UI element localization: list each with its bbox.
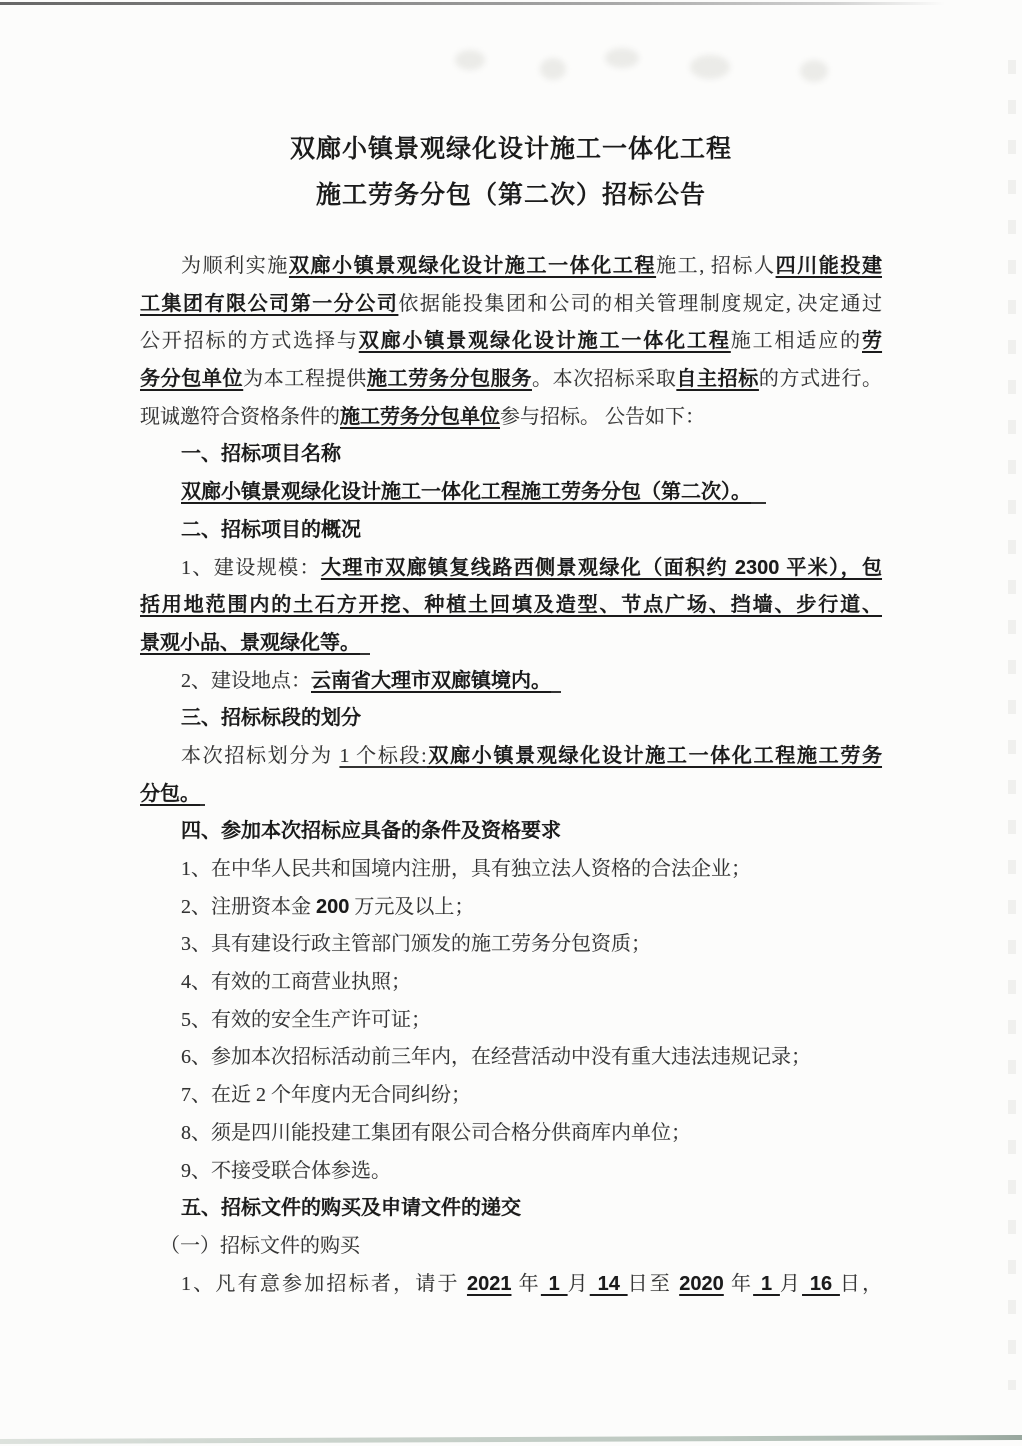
text-segment: 月 — [568, 1273, 590, 1295]
text-line: 为顺利实施双廊小镇景观绿化设计施工一体化工程施工, 招标人四川能投建 — [140, 248, 882, 286]
text-segment: 参与招标。 公告如下： — [500, 406, 705, 428]
text-line: 务分包单位为本工程提供施工劳务分包服务。本次招标采取自主招标的方式进行。 — [140, 361, 882, 399]
text-segment: 五、招标文件的购买及申请文件的递交 — [181, 1197, 521, 1219]
text-line: 3、具有建设行政主管部门颁发的施工劳务分包资质； — [140, 926, 882, 964]
text-segment: 施工相适应的 — [731, 330, 862, 352]
text-segment — [360, 632, 370, 654]
text-segment: 依据能投集团和公司的相关管理制度规定, 决定通过 — [398, 293, 882, 315]
text-line: 6、参加本次招标活动前三年内，在经营活动中没有重大违法违规记录； — [140, 1039, 882, 1077]
scan-artifact-right-bleedthrough — [1008, 60, 1016, 1390]
document-body: 为顺利实施双廊小镇景观绿化设计施工一体化工程施工, 招标人四川能投建工集团有限公… — [140, 248, 882, 1303]
text-line: 1、凡有意参加招标者，请于 2021 年 1 月 14 日至 2020 年 1 … — [140, 1266, 882, 1304]
text-segment: 景观小品、景观绿化等。 — [140, 632, 360, 654]
text-segment: 200 — [316, 896, 349, 918]
text-line: 8、须是四川能投建工集团有限公司合格分供商库内单位； — [140, 1115, 882, 1153]
text-line: 双廊小镇景观绿化设计施工一体化工程施工劳务分包（第二次）。 — [140, 474, 882, 512]
text-line: 分包。 — [140, 776, 882, 814]
text-segment: 四、参加本次招标应具备的条件及资格要求 — [181, 820, 561, 842]
text-segment: 5、有效的安全生产许可证； — [181, 1009, 431, 1031]
text-line: 四、参加本次招标应具备的条件及资格要求 — [140, 813, 882, 851]
text-segment: 2020 — [679, 1273, 724, 1295]
text-segment: 三、招标标段的划分 — [181, 707, 361, 729]
text-segment: 7、在近 2 个年度内无合同纠纷； — [181, 1084, 471, 1106]
text-segment: 年 — [724, 1273, 753, 1295]
text-line: 1、建设规模：大理市双廊镇复线路西侧景观绿化（面积约 2300 平米），包 — [140, 550, 882, 588]
text-segment: 2021 — [467, 1273, 512, 1295]
text-segment: 括用地范围内的土石方开挖、种植土回填及造型、节点广场、挡墙、步行道、 — [140, 594, 882, 616]
text-line: 工集团有限公司第一分公司依据能投集团和公司的相关管理制度规定, 决定通过 — [140, 286, 882, 324]
text-segment: 月 — [780, 1273, 802, 1295]
text-segment: 四川能投建 — [776, 255, 882, 277]
text-line: 2、注册资本金 200 万元及以上； — [140, 889, 882, 927]
text-segment: 工集团有限公司第一分公司 — [140, 293, 398, 315]
text-line: 公开招标的方式选择与双廊小镇景观绿化设计施工一体化工程施工相适应的劳 — [140, 323, 882, 361]
text-segment: 1 — [541, 1273, 568, 1295]
text-segment: 劳 — [862, 330, 882, 352]
text-segment: 施工劳务分包单位 — [340, 406, 500, 428]
text-segment: 1 个标段: — [339, 745, 426, 767]
text-line: 二、招标项目的概况 — [140, 512, 882, 550]
text-segment: 16 — [802, 1273, 840, 1295]
document-title-line-1: 双廊小镇景观绿化设计施工一体化工程 — [0, 126, 1022, 172]
text-segment: 现诚邀符合资格条件的 — [140, 406, 340, 428]
scan-artifact-smudge — [540, 58, 566, 80]
text-line: 本次招标划分为 1 个标段:双廊小镇景观绿化设计施工一体化工程施工劳务 — [140, 738, 882, 776]
text-segment: 4、有效的工商营业执照； — [181, 971, 411, 993]
text-segment: 14 — [590, 1273, 628, 1295]
text-segment: 施工劳务分包服务 — [367, 368, 532, 390]
text-segment: 双廊小镇景观绿化设计施工一体化工程施工劳务 — [427, 745, 882, 767]
text-segment: 务分包单位 — [140, 368, 243, 390]
text-line: 2、建设地点：云南省大理市双廊镇境内。 — [140, 663, 882, 701]
text-segment: 为本工程提供 — [243, 368, 367, 390]
text-segment: 1、在中华人民共和国境内注册，具有独立法人资格的合法企业； — [181, 858, 751, 880]
text-segment — [200, 783, 205, 805]
text-line: 一、招标项目名称 — [140, 436, 882, 474]
scan-artifact-smudge — [800, 60, 828, 82]
text-segment: 双廊小镇景观绿化设计施工一体化工程 — [289, 255, 656, 277]
text-segment: 二、招标项目的概况 — [181, 519, 361, 541]
text-segment: 日， — [840, 1273, 882, 1295]
text-segment: 3、具有建设行政主管部门颁发的施工劳务分包资质； — [181, 933, 651, 955]
scan-artifact-top-edge — [0, 2, 945, 5]
scanned-document-page: 双廊小镇景观绿化设计施工一体化工程 施工劳务分包（第二次）招标公告 为顺利实施双… — [0, 0, 1022, 1446]
text-segment: 。本次招标采取 — [532, 368, 676, 390]
text-line: （一）招标文件的购买 — [140, 1228, 882, 1266]
text-segment: 1、凡有意参加招标者，请于 — [181, 1273, 467, 1295]
scan-artifact-bottom-edge — [0, 1435, 1022, 1444]
text-segment: 双廊小镇景观绿化设计施工一体化工程 — [359, 330, 731, 352]
document-title-line-2: 施工劳务分包（第二次）招标公告 — [0, 172, 1022, 218]
text-segment: 8、须是四川能投建工集团有限公司合格分供商库内单位； — [181, 1122, 691, 1144]
text-segment — [551, 670, 561, 692]
text-line: 7、在近 2 个年度内无合同纠纷； — [140, 1077, 882, 1115]
text-line: 三、招标标段的划分 — [140, 700, 882, 738]
text-segment: 云南省大理市双廊镇境内。 — [311, 670, 551, 692]
text-line: 1、在中华人民共和国境内注册，具有独立法人资格的合法企业； — [140, 851, 882, 889]
text-segment — [751, 481, 766, 503]
text-segment: 本次招标划分为 — [181, 745, 339, 767]
text-segment: 施工, 招标人 — [656, 255, 776, 277]
text-segment: 分包。 — [140, 783, 200, 805]
text-segment: 6、参加本次招标活动前三年内，在经营活动中没有重大违法违规记录； — [181, 1046, 811, 1068]
scan-artifact-smudge — [605, 48, 639, 68]
text-segment: 年 — [511, 1273, 540, 1295]
text-segment: 双廊小镇景观绿化设计施工一体化工程施工劳务分包（第二次）。 — [181, 481, 751, 503]
text-line: 景观小品、景观绿化等。 — [140, 625, 882, 663]
text-segment: 大理市双廊镇复线路西侧景观绿化（面积约 2300 平米），包 — [321, 557, 882, 579]
text-segment: 的方式进行。 — [759, 368, 882, 390]
scan-artifact-smudge — [690, 55, 730, 79]
text-line: 五、招标文件的购买及申请文件的递交 — [140, 1190, 882, 1228]
text-segment: 1、建设规模： — [181, 557, 321, 579]
text-segment: 日至 — [628, 1273, 680, 1295]
text-segment: 为顺利实施 — [181, 255, 289, 277]
text-line: 现诚邀符合资格条件的施工劳务分包单位参与招标。 公告如下： — [140, 399, 882, 437]
text-line: 括用地范围内的土石方开挖、种植土回填及造型、节点广场、挡墙、步行道、 — [140, 587, 882, 625]
text-line: 4、有效的工商营业执照； — [140, 964, 882, 1002]
text-segment: 公开招标的方式选择与 — [140, 330, 359, 352]
text-segment: 9、不接受联合体参选。 — [181, 1160, 391, 1182]
text-segment: 1 — [753, 1273, 780, 1295]
text-line: 5、有效的安全生产许可证； — [140, 1002, 882, 1040]
document-title: 双廊小镇景观绿化设计施工一体化工程 施工劳务分包（第二次）招标公告 — [0, 126, 1022, 218]
text-segment: （一）招标文件的购买 — [160, 1235, 360, 1257]
text-segment: 一、招标项目名称 — [181, 443, 341, 465]
text-segment: 自主招标 — [676, 368, 759, 390]
text-segment: 万元及以上； — [349, 896, 474, 918]
scan-artifact-smudge — [455, 50, 485, 70]
text-segment: 2、建设地点： — [181, 670, 311, 692]
text-line: 9、不接受联合体参选。 — [140, 1153, 882, 1191]
text-segment: 2、注册资本金 — [181, 896, 316, 918]
